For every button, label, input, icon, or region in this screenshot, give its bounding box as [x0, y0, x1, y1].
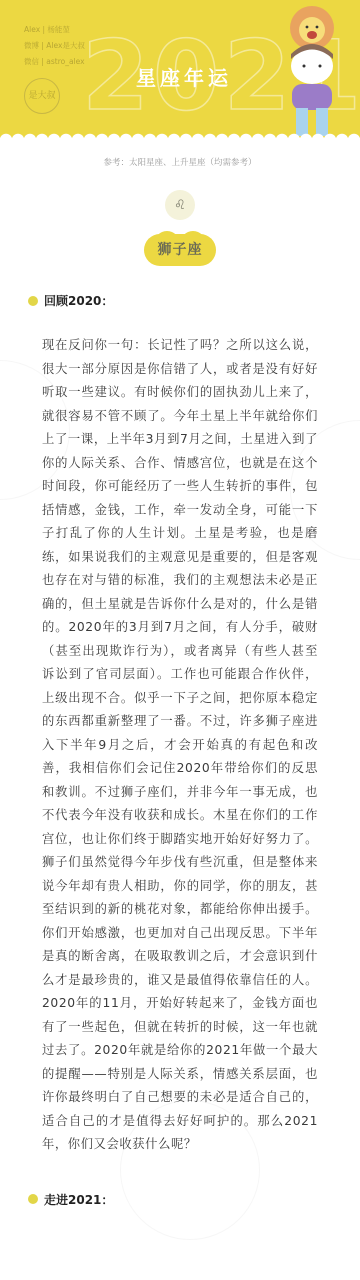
credit-name: Alex | 杨能堃 [24, 22, 85, 38]
author-credits: Alex | 杨能堃 微博 | Alex是大叔 微信 | astro_alex [24, 22, 85, 70]
zodiac-symbol: ♌ [165, 190, 195, 220]
sign-name: 狮子座 [144, 234, 216, 266]
sign-name-badge: 狮子座 [144, 234, 216, 266]
header-banner: 2021 Alex | 杨能堃 微博 | Alex是大叔 微信 | astro_… [0, 0, 360, 140]
section-title: 走进2021： [44, 1191, 113, 1208]
section-heading-review: 回顾2020： [28, 292, 360, 309]
bullet-dot-icon [28, 1194, 38, 1204]
lion-boy-illustration-icon [272, 4, 352, 140]
credit-wechat: 微信 | astro_alex [24, 54, 85, 70]
credit-weibo: 微博 | Alex是大叔 [24, 38, 85, 54]
watermark-decoration [120, 1100, 260, 1240]
bullet-dot-icon [28, 296, 38, 306]
review-paragraph: 现在反问你一句：长记性了吗？之所以这么说，很大一部分原因是你信错了人，或者是没有… [42, 334, 318, 1157]
banner-title: 星座年运 [136, 62, 232, 91]
scallop-edge [0, 128, 360, 140]
brand-logo-text: 是大叔 [28, 91, 55, 101]
reference-note: 参考：太阳星座、上升星座（均需参考） [0, 156, 360, 168]
brand-logo: 是大叔 [24, 78, 60, 114]
section-title: 回顾2020： [44, 292, 113, 309]
leo-icon: ♌ [174, 198, 186, 213]
